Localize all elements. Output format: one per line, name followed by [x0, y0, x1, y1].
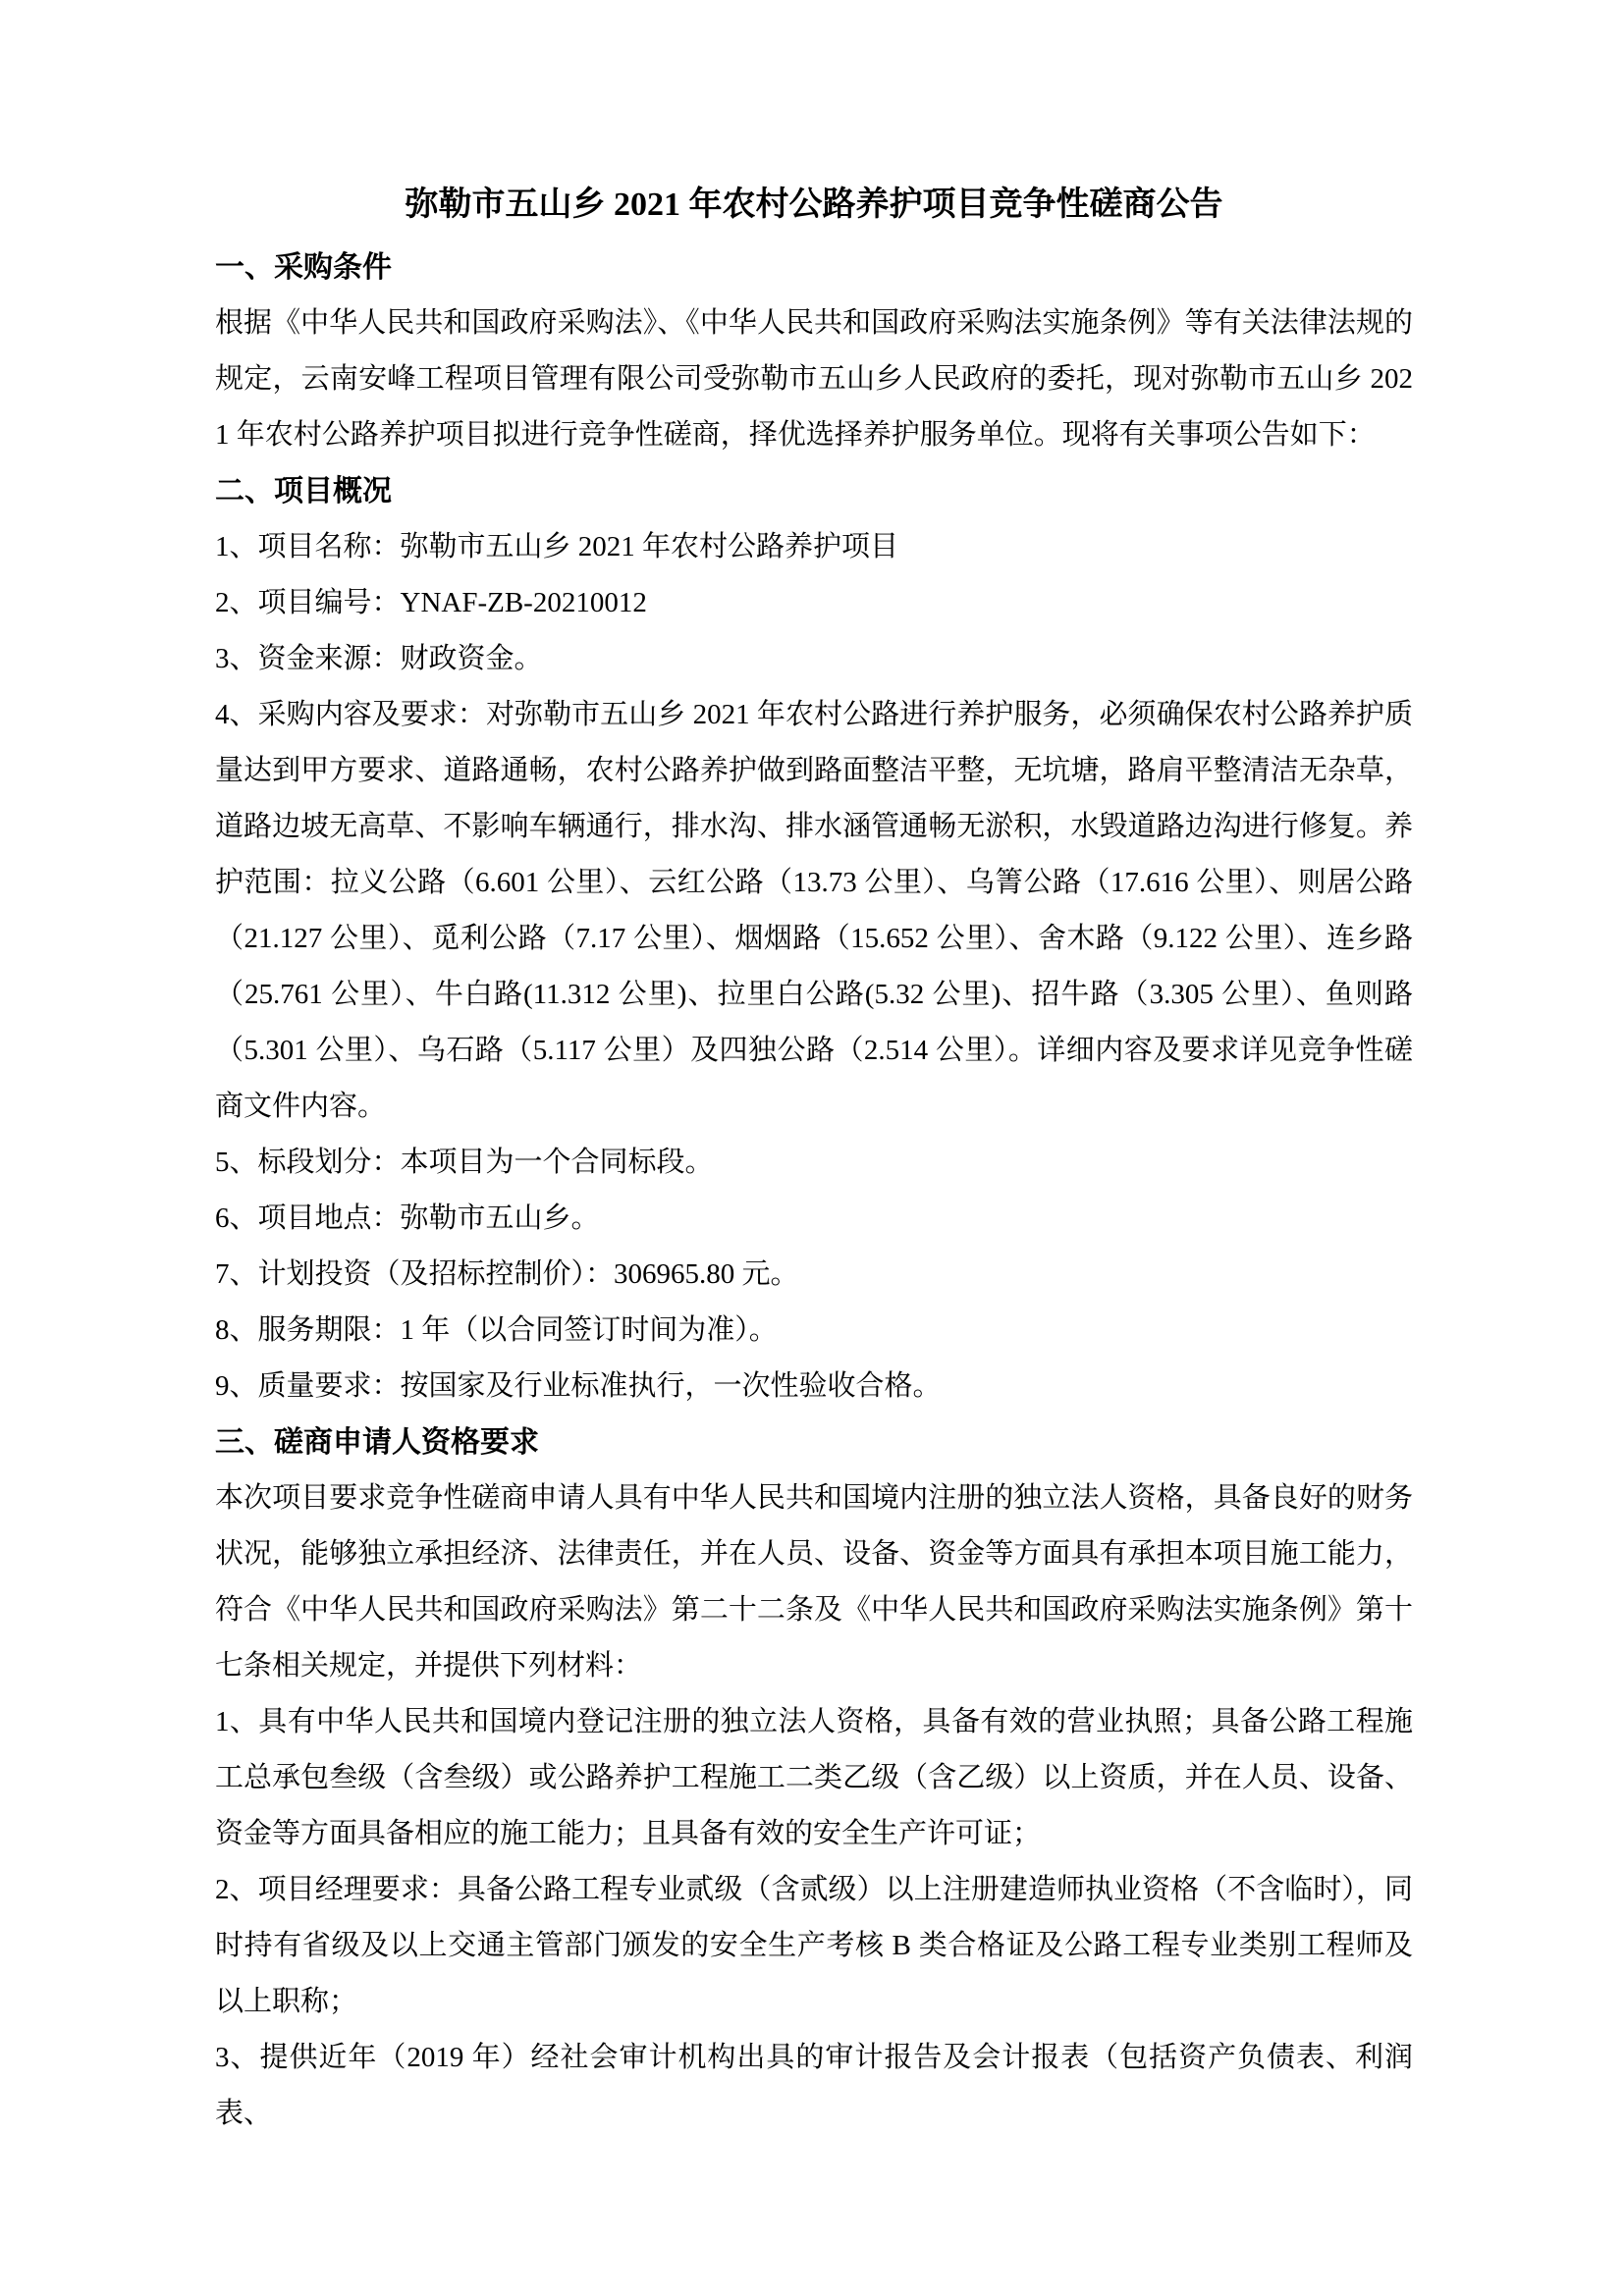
paragraph-project-name: 1、项目名称：弥勒市五山乡 2021 年农村公路养护项目 [215, 519, 1413, 575]
paragraph-qualification-legal-entity: 1、具有中华人民共和国境内登记注册的独立法人资格，具备有效的营业执照；具备公路工… [215, 1694, 1413, 1862]
paragraph-qualification-audit-report: 3、提供近年（2019 年）经社会审计机构出具的审计报告及会计报表（包括资产负债… [215, 2030, 1413, 2142]
paragraph-service-period: 8、服务期限：1 年（以合同签订时间为准）。 [215, 1303, 1413, 1359]
document-title: 弥勒市五山乡 2021 年农村公路养护项目竞争性磋商公告 [215, 175, 1413, 236]
paragraph-procurement-content: 4、采购内容及要求：对弥勒市五山乡 2021 年农村公路进行养护服务，必须确保农… [215, 687, 1413, 1135]
paragraph-procurement-basis: 根据《中华人民共和国政府采购法》、《中华人民共和国政府采购法实施条例》等有关法律… [215, 295, 1413, 463]
paragraph-project-number: 2、项目编号：YNAF-ZB-20210012 [215, 575, 1413, 631]
paragraph-qualification-general: 本次项目要求竞争性磋商申请人具有中华人民共和国境内注册的独立法人资格，具备良好的… [215, 1470, 1413, 1694]
paragraph-project-location: 6、项目地点：弥勒市五山乡。 [215, 1191, 1413, 1247]
paragraph-funding-source: 3、资金来源：财政资金。 [215, 631, 1413, 687]
paragraph-qualification-project-manager: 2、项目经理要求：具备公路工程专业贰级（含贰级）以上注册建造师执业资格（不含临时… [215, 1862, 1413, 2030]
document-content: 弥勒市五山乡 2021 年农村公路养护项目竞争性磋商公告 一、采购条件 根据《中… [215, 175, 1413, 2142]
paragraph-bid-section-division: 5、标段划分：本项目为一个合同标段。 [215, 1135, 1413, 1191]
paragraph-planned-investment: 7、计划投资（及招标控制价）：306965.80 元。 [215, 1247, 1413, 1303]
section-heading-procurement-conditions: 一、采购条件 [215, 240, 1413, 295]
section-heading-applicant-qualifications: 三、磋商申请人资格要求 [215, 1415, 1413, 1470]
document-page: 弥勒市五山乡 2021 年农村公路养护项目竞争性磋商公告 一、采购条件 根据《中… [0, 0, 1624, 2296]
section-heading-project-overview: 二、项目概况 [215, 463, 1413, 519]
paragraph-quality-requirements: 9、质量要求：按国家及行业标准执行，一次性验收合格。 [215, 1359, 1413, 1415]
